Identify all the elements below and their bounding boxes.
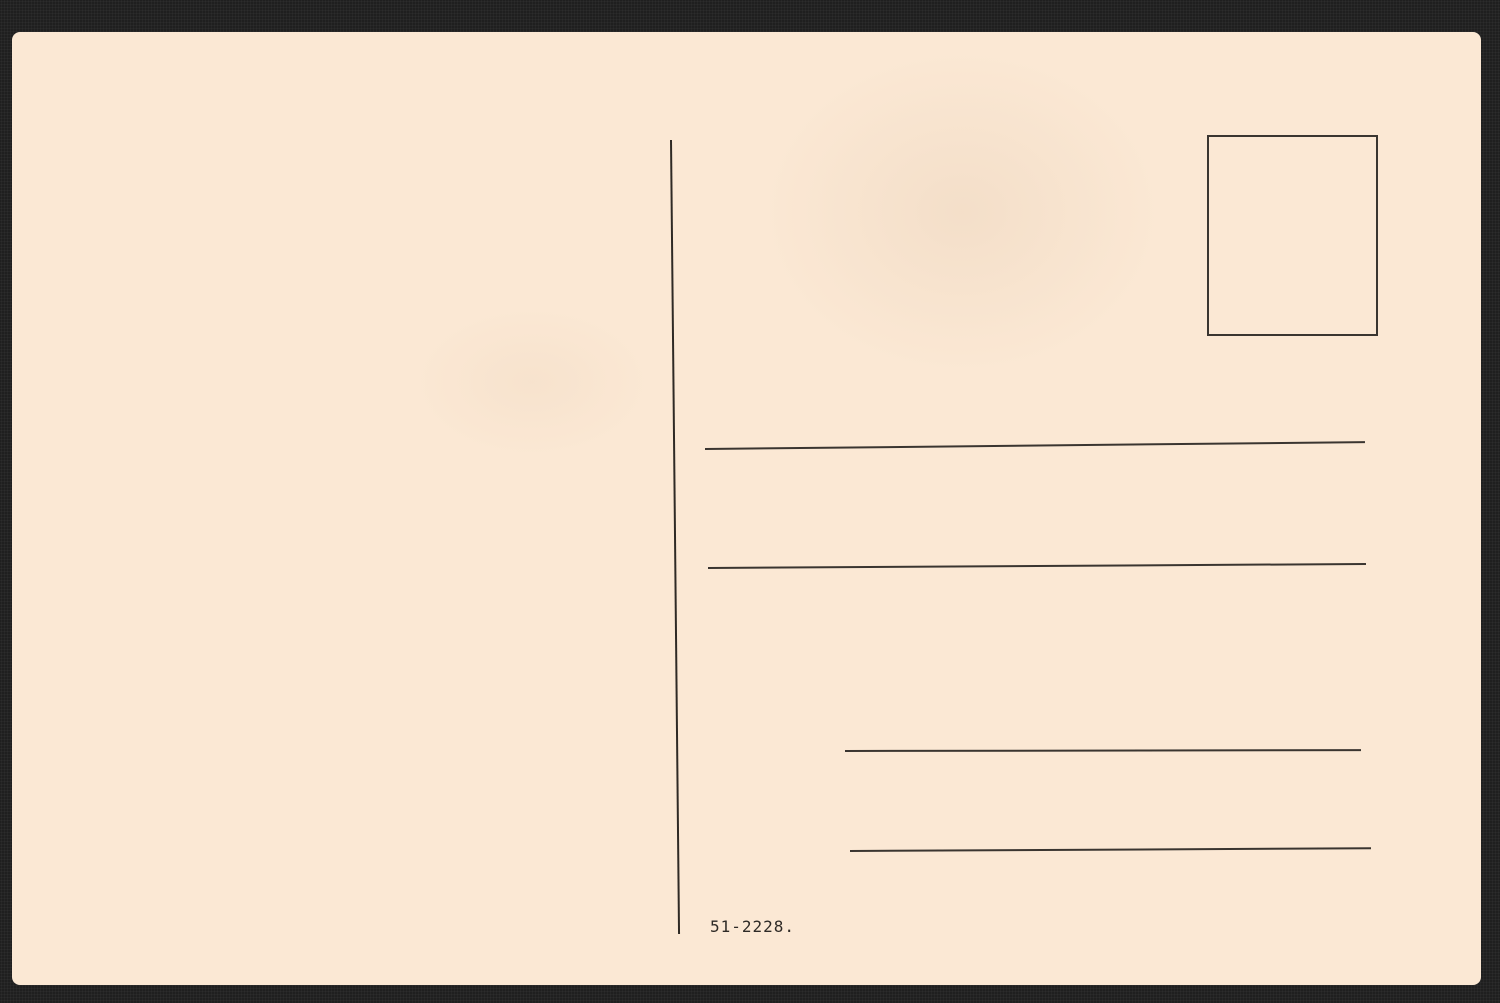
postcard-back: 51-2228. bbox=[12, 32, 1481, 985]
address-line-4 bbox=[850, 847, 1371, 852]
divider-line bbox=[670, 140, 680, 934]
address-line-2 bbox=[708, 563, 1366, 569]
address-line-3 bbox=[845, 749, 1361, 752]
stamp-box bbox=[1207, 135, 1378, 336]
print-code: 51-2228. bbox=[710, 917, 795, 936]
address-line-1 bbox=[705, 441, 1365, 450]
